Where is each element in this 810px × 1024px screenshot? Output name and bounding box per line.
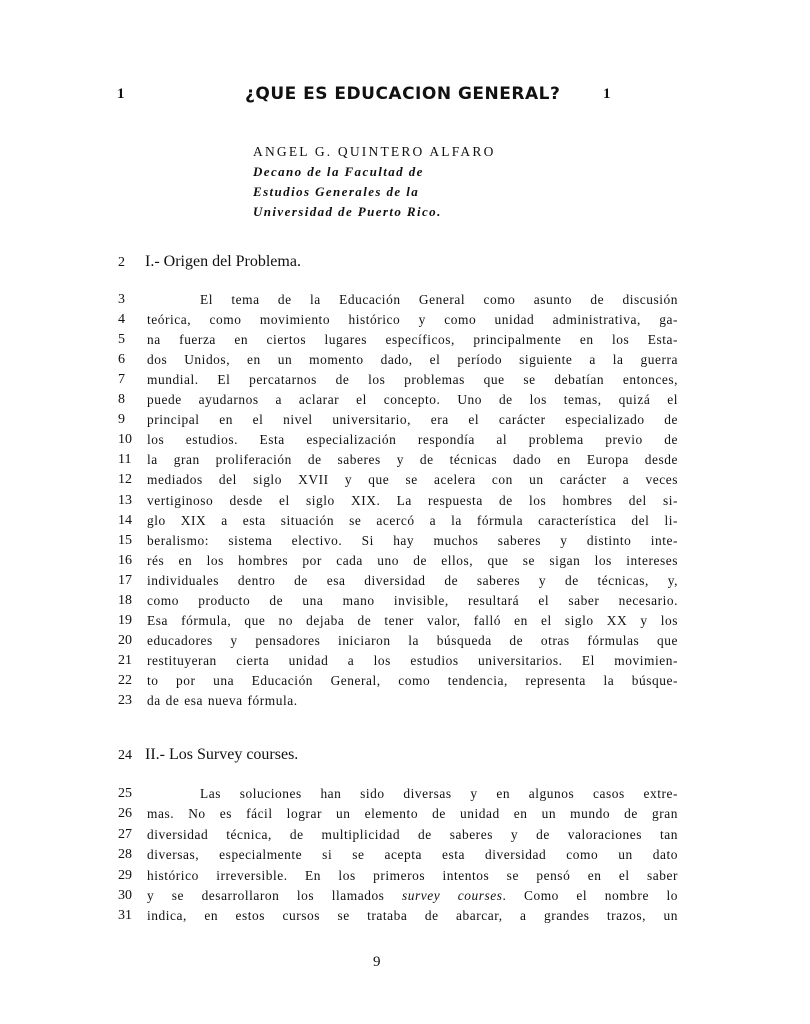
line-text: na fuerza en ciertos lugares específicos… xyxy=(147,332,678,348)
text-line: 22to por una Educación General, como ten… xyxy=(118,673,678,693)
text-line: 12mediados del siglo XVII y que se acele… xyxy=(118,472,678,492)
text-line: 7mundial. El percatarnos de los problema… xyxy=(118,372,678,392)
line-number: 12 xyxy=(118,472,140,488)
line-number: 4 xyxy=(118,312,140,328)
author-affiliation-line: Universidad de Puerto Rico. xyxy=(253,204,442,220)
line-number: 7 xyxy=(118,372,140,388)
text-line: 11la gran proliferación de saberes y de … xyxy=(118,452,678,472)
line-text: mediados del siglo XVII y que se acelera… xyxy=(147,472,678,488)
text-line: 17individuales dentro de esa diversidad … xyxy=(118,573,678,593)
text-line: 14glo XIX a esta situación se acercó a l… xyxy=(118,513,678,533)
author-affiliation-line: Decano de la Facultad de xyxy=(253,164,424,180)
line-number: 11 xyxy=(118,452,140,468)
line-number: 23 xyxy=(118,693,140,709)
text-line: 13vertiginoso desde el siglo XIX. La res… xyxy=(118,493,678,513)
line-text: individuales dentro de esa diversidad de… xyxy=(147,573,678,589)
text-line: 3El tema de la Educación General como as… xyxy=(118,292,678,312)
line-text: histórico irreversible. En los primeros … xyxy=(147,868,678,884)
line-text: vertiginoso desde el siglo XIX. La respu… xyxy=(147,493,678,509)
line-text: teórica, como movimiento histórico y com… xyxy=(147,312,678,328)
line-number: 31 xyxy=(118,908,140,924)
line-number: 29 xyxy=(118,868,140,884)
line-text: da de esa nueva fórmula. xyxy=(147,693,678,709)
line-text: puede ayudarnos a aclarar el concepto. U… xyxy=(147,392,678,408)
line-text: principal en el nivel universitario, era… xyxy=(147,412,678,428)
line-text: como producto de una mano invisible, res… xyxy=(147,593,678,609)
text-line: 18como producto de una mano invisible, r… xyxy=(118,593,678,613)
line-number: 3 xyxy=(118,292,140,308)
line-text-segment: y se desarrollaron los llamados xyxy=(147,888,402,903)
text-line: 30y se desarrollaron los llamados survey… xyxy=(118,888,678,908)
line-number: 17 xyxy=(118,573,140,589)
line-number: 24 xyxy=(118,748,132,764)
line-text: educadores y pensadores iniciaron la bús… xyxy=(147,633,678,649)
line-text: to por una Educación General, como tende… xyxy=(147,673,678,689)
header-right-number: 1 xyxy=(603,86,611,103)
line-number: 14 xyxy=(118,513,140,529)
text-line: 10los estudios. Esta especialización res… xyxy=(118,432,678,452)
line-text: beralismo: sistema electivo. Si hay much… xyxy=(147,533,678,549)
line-number: 5 xyxy=(118,332,140,348)
text-line: 21restituyeran cierta unidad a los estud… xyxy=(118,653,678,673)
line-number: 10 xyxy=(118,432,140,448)
text-line: 31indica, en estos cursos se trataba de … xyxy=(118,908,678,928)
line-number: 26 xyxy=(118,806,140,822)
line-number: 22 xyxy=(118,673,140,689)
line-text: indica, en estos cursos se trataba de ab… xyxy=(147,908,678,924)
line-number: 18 xyxy=(118,593,140,609)
text-line: 19Esa fórmula, que no dejaba de tener va… xyxy=(118,613,678,633)
line-number: 30 xyxy=(118,888,140,904)
line-text: mas. No es fácil lograr un elemento de u… xyxy=(147,806,678,822)
line-number: 19 xyxy=(118,613,140,629)
text-line: 15beralismo: sistema electivo. Si hay mu… xyxy=(118,533,678,553)
text-line: 29histórico irreversible. En los primero… xyxy=(118,868,678,888)
line-text: dos Unidos, en un momento dado, el perío… xyxy=(147,352,678,368)
line-text: y se desarrollaron los llamados survey c… xyxy=(147,888,678,904)
text-line: 5na fuerza en ciertos lugares específico… xyxy=(118,332,678,352)
line-text: Esa fórmula, que no dejaba de tener valo… xyxy=(147,613,678,629)
author-name: ANGEL G. QUINTERO ALFARO xyxy=(253,144,496,160)
line-number: 15 xyxy=(118,533,140,549)
line-number: 8 xyxy=(118,392,140,408)
header-left-number: 1 xyxy=(117,86,125,103)
text-line: 4teórica, como movimiento histórico y co… xyxy=(118,312,678,332)
text-line: 8puede ayudarnos a aclarar el concepto. … xyxy=(118,392,678,412)
line-number: 13 xyxy=(118,493,140,509)
line-number: 20 xyxy=(118,633,140,649)
section-title: I.- Origen del Problema. xyxy=(145,253,301,271)
line-text: rés en los hombres por cada uno de ellos… xyxy=(147,553,678,569)
text-line: 26mas. No es fácil lograr un elemento de… xyxy=(118,806,678,826)
line-text: mundial. El percatarnos de los problemas… xyxy=(147,372,678,388)
text-line: 25Las soluciones han sido diversas y en … xyxy=(118,786,678,806)
line-text: Las soluciones han sido diversas y en al… xyxy=(200,786,678,802)
line-number: 16 xyxy=(118,553,140,569)
line-number: 9 xyxy=(118,412,140,428)
line-text: restituyeran cierta unidad a los estudio… xyxy=(147,653,678,669)
line-number: 27 xyxy=(118,827,140,843)
line-number: 6 xyxy=(118,352,140,368)
line-text: glo XIX a esta situación se acercó a la … xyxy=(147,513,678,529)
page-title: ¿QUE ES EDUCACION GENERAL? xyxy=(245,84,560,104)
line-text: la gran proliferación de saberes y de té… xyxy=(147,452,678,468)
page-number: 9 xyxy=(373,954,381,971)
text-line: 28diversas, especialmente si se acepta e… xyxy=(118,847,678,867)
author-affiliation-line: Estudios Generales de la xyxy=(253,184,419,200)
italic-term: survey courses xyxy=(402,888,503,903)
line-number: 25 xyxy=(118,786,140,802)
section-title: II.- Los Survey courses. xyxy=(145,746,298,764)
line-number: 2 xyxy=(118,255,125,271)
text-line: 27diversidad técnica, de multiplicidad d… xyxy=(118,827,678,847)
line-text-segment: . Como el nombre lo xyxy=(503,888,678,903)
text-line: 9principal en el nivel universitario, er… xyxy=(118,412,678,432)
line-number: 28 xyxy=(118,847,140,863)
text-line: 6dos Unidos, en un momento dado, el perí… xyxy=(118,352,678,372)
text-line: 23da de esa nueva fórmula. xyxy=(118,693,678,713)
line-text: diversas, especialmente si se acepta est… xyxy=(147,847,678,863)
line-text: los estudios. Esta especialización respo… xyxy=(147,432,678,448)
line-text: diversidad técnica, de multiplicidad de … xyxy=(147,827,678,843)
line-number: 21 xyxy=(118,653,140,669)
text-line: 16rés en los hombres por cada uno de ell… xyxy=(118,553,678,573)
text-line: 20educadores y pensadores iniciaron la b… xyxy=(118,633,678,653)
line-text: El tema de la Educación General como asu… xyxy=(200,292,678,308)
